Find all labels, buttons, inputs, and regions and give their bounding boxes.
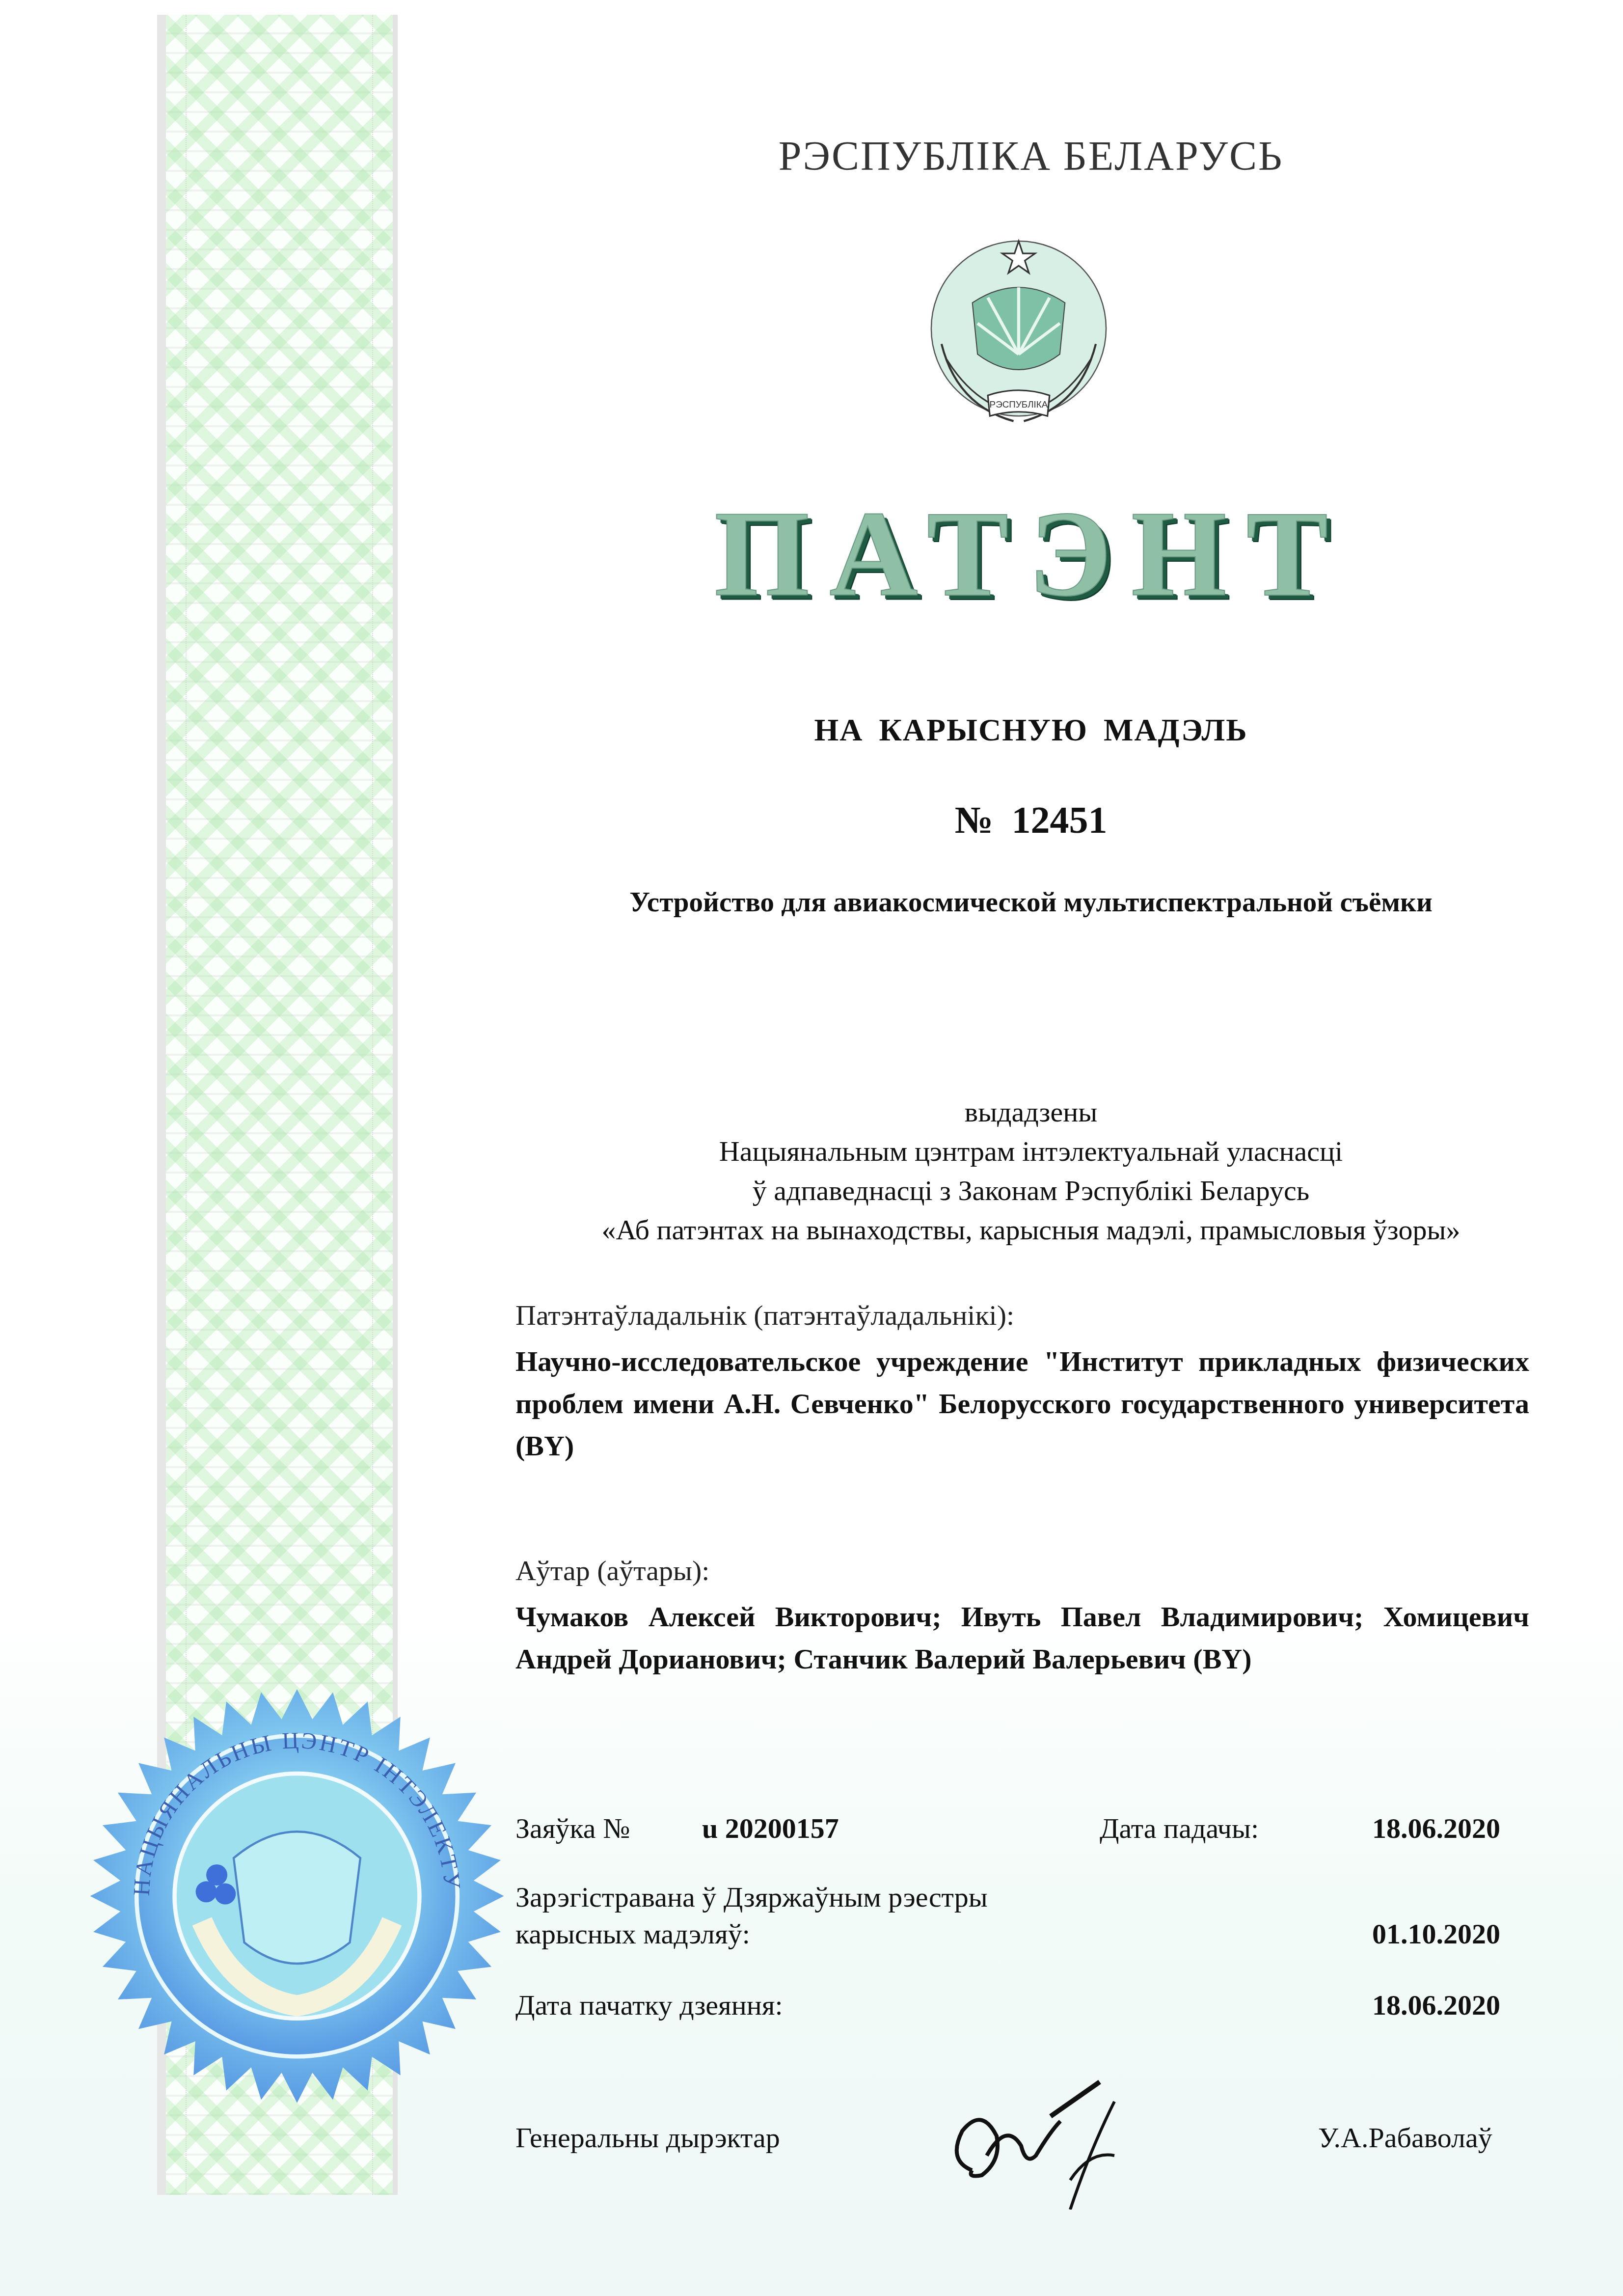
patent-holder: Научно-исследовательское учреждение "Инс… <box>515 1340 1529 1467</box>
effective-date-label: Дата пачатку дзеяння: <box>515 1989 783 2022</box>
issued-line: выдадзены <box>491 1093 1571 1132</box>
signatory-position: Генеральны дырэктар <box>515 2121 780 2154</box>
country-name: РЭСПУБЛІКА БЕЛАРУСЬ <box>491 133 1571 180</box>
handwritten-signature-icon <box>943 2062 1208 2210</box>
patent-holder-label: Патэнтаўладальнік (патэнтаўладальнікі): <box>515 1299 1529 1332</box>
registered-label-line1: Зарэгістравана ў Дзяржаўным рэестры <box>515 1881 988 1913</box>
state-emblem-icon: РЭСПУБЛІКА <box>916 231 1122 447</box>
application-number: u 20200157 <box>702 1812 839 1845</box>
svg-text:РЭСПУБЛІКА: РЭСПУБЛІКА <box>990 399 1048 410</box>
authors-label: Аўтар (аўтары): <box>515 1554 1529 1587</box>
issued-by: выдадзены Нацыянальным цэнтрам інтэлекту… <box>491 1093 1571 1250</box>
issued-line: ў адпаведнасці з Законам Рэспублікі Бела… <box>491 1171 1571 1210</box>
filing-date: 18.06.2020 <box>1372 1812 1500 1845</box>
document-title: ПАТЭНТ <box>491 484 1571 625</box>
patent-type: НА КАРЫСНУЮ МАДЭЛЬ <box>491 712 1571 748</box>
patent-certificate: РЭСПУБЛІКА БЕЛАРУСЬ РЭСПУБЛІКА ПАТЭНТ НА… <box>0 0 1623 2296</box>
patent-number: № 12451 <box>491 798 1571 842</box>
registered-date: 01.10.2020 <box>1372 1917 1500 1950</box>
issued-line: «Аб патэнтах на вынаходствы, карысныя ма… <box>491 1210 1571 1250</box>
issued-line: Нацыянальным цэнтрам інтэлектуальнай ула… <box>491 1132 1571 1171</box>
invention-title: Устройство для авиакосмической мультиспе… <box>491 886 1571 918</box>
signatory-name: У.А.Рабаволаў <box>1318 2121 1492 2154</box>
hologram-seal-icon: НАЦЫЯНАЛЬНЫ ЦЭНТР ІНТЭЛЕКТУАЛЬНАЙ УЛАСНА… <box>86 1689 508 2111</box>
filing-date-label: Дата падачы: <box>1100 1812 1259 1845</box>
authors: Чумаков Алексей Викторович; Ивуть Павел … <box>515 1596 1529 1680</box>
effective-date: 18.06.2020 <box>1372 1989 1500 2022</box>
registered-label-line2: карысных мадэляў: <box>515 1917 750 1950</box>
application-label: Заяўка № <box>515 1812 630 1845</box>
